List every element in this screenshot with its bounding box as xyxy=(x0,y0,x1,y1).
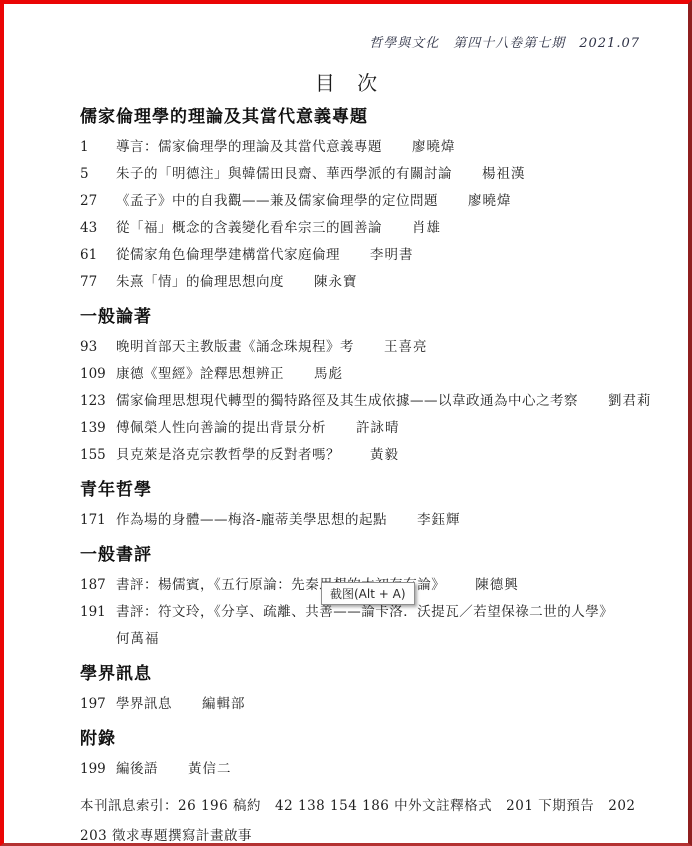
page-number: 155 xyxy=(80,442,116,469)
entry-author: 廖曉煒 xyxy=(412,134,456,161)
entry-title: 朱子的「明德注」與韓儒田艮齋、華西學派的有關討論 xyxy=(116,161,452,188)
section-heading-appendix: 附錄 xyxy=(80,728,654,750)
toc-content: 儒家倫理學的理論及其當代意義專題 1 導言：儒家倫理學的理論及其當代意義專題 廖… xyxy=(80,106,654,846)
page-number: 123 xyxy=(80,388,116,415)
toc-entry: 1 導言：儒家倫理學的理論及其當代意義專題 廖曉煒 xyxy=(80,134,654,161)
page-number: 171 xyxy=(80,507,116,534)
entry-author: 陳永寶 xyxy=(314,269,358,296)
toc-entry: 139 傅佩榮人性向善論的提出背景分析 許詠晴 xyxy=(80,415,654,442)
entry-author: 許詠晴 xyxy=(356,415,400,442)
entry-title: 儒家倫理思想現代轉型的獨特路徑及其生成依據——以韋政通為中心之考察 xyxy=(116,388,578,415)
toc-entry: 77 朱熹「情」的倫理思想向度 陳永寶 xyxy=(80,269,654,296)
page-number: 187 xyxy=(80,572,116,599)
entry-title: 傅佩榮人性向善論的提出背景分析 xyxy=(116,415,326,442)
toc-entry: 61 從儒家角色倫理學建構當代家庭倫理 李明書 xyxy=(80,242,654,269)
toc-entry: 43 從「福」概念的含義變化看牟宗三的圓善論 肖雄 xyxy=(80,215,654,242)
toc-entry: 199 編後語 黃信二 xyxy=(80,756,654,783)
journal-info-index-note: 本刊訊息索引：26 196 稿約 42 138 154 186 中外文註釋格式 … xyxy=(80,791,654,846)
entry-author: 編輯部 xyxy=(202,691,246,718)
entry-author: 廖曉煒 xyxy=(468,188,512,215)
toc-entry: 109 康德《聖經》詮釋思想辨正 馬彪 xyxy=(80,361,654,388)
page-number: 109 xyxy=(80,361,116,388)
toc-entry: 171 作為場的身體——梅洛-龐蒂美學思想的起點 李鈺輝 xyxy=(80,507,654,534)
entry-title: 編後語 xyxy=(116,756,158,783)
section-heading-young-philosophy: 青年哲學 xyxy=(80,479,654,501)
page-number: 197 xyxy=(80,691,116,718)
section-heading-book-reviews: 一般書評 xyxy=(80,544,654,566)
entry-title: 從儒家角色倫理學建構當代家庭倫理 xyxy=(116,242,340,269)
entry-author: 陳德興 xyxy=(475,572,519,599)
entry-title: 晚明首部天主教版畫《誦念珠規程》考 xyxy=(116,334,354,361)
tooltip-label: 截图(Alt + A) xyxy=(330,587,406,601)
section-heading-academic-news: 學界訊息 xyxy=(80,663,654,685)
entry-title: 從「福」概念的含義變化看牟宗三的圓善論 xyxy=(116,215,382,242)
entry-author: 劉君莉 xyxy=(608,388,652,415)
toc-entry: 197 學界訊息 編輯部 xyxy=(80,691,654,718)
toc-entry: 5 朱子的「明德注」與韓儒田艮齋、華西學派的有關討論 楊祖漢 xyxy=(80,161,654,188)
section-heading-general-articles: 一般論著 xyxy=(80,306,654,328)
page-number: 77 xyxy=(80,269,116,296)
entry-author-continuation: 何萬福 xyxy=(116,626,654,653)
page-number: 199 xyxy=(80,756,116,783)
entry-author: 王喜亮 xyxy=(384,334,428,361)
toc-entry: 123 儒家倫理思想現代轉型的獨特路徑及其生成依據——以韋政通為中心之考察 劉君… xyxy=(80,388,654,415)
entry-title: 朱熹「情」的倫理思想向度 xyxy=(116,269,284,296)
page-number: 1 xyxy=(80,134,116,161)
page-number: 139 xyxy=(80,415,116,442)
entry-author: 馬彪 xyxy=(314,361,343,388)
page-number: 43 xyxy=(80,215,116,242)
entry-title: 作為場的身體——梅洛-龐蒂美學思想的起點 xyxy=(116,507,387,534)
page-number: 191 xyxy=(80,599,116,626)
entry-author: 肖雄 xyxy=(412,215,441,242)
entry-author: 黃毅 xyxy=(370,442,399,469)
page-number: 27 xyxy=(80,188,116,215)
page-number: 61 xyxy=(80,242,116,269)
entry-title: 康德《聖經》詮釋思想辨正 xyxy=(116,361,284,388)
entry-title: 《孟子》中的自我觀——兼及儒家倫理學的定位問題 xyxy=(116,188,438,215)
journal-issue-header: 哲學與文化 第四十八卷第七期 2021.07 xyxy=(4,32,640,51)
toc-entry: 27 《孟子》中的自我觀——兼及儒家倫理學的定位問題 廖曉煒 xyxy=(80,188,654,215)
entry-author: 李明書 xyxy=(370,242,414,269)
screenshot-hotkey-tooltip: 截图(Alt + A) xyxy=(321,582,415,605)
entry-title: 導言：儒家倫理學的理論及其當代意義專題 xyxy=(116,134,382,161)
section-heading-special-topic: 儒家倫理學的理論及其當代意義專題 xyxy=(80,106,654,128)
toc-entry: 155 貝克萊是洛克宗教哲學的反對者嗎？ 黃毅 xyxy=(80,442,654,469)
entry-author: 李鈺輝 xyxy=(417,507,461,534)
journal-toc-page: { "header": { "text": "哲學與文化 第四十八卷第七期 20… xyxy=(0,0,692,846)
toc-entry: 93 晚明首部天主教版畫《誦念珠規程》考 王喜亮 xyxy=(80,334,654,361)
entry-author: 黃信二 xyxy=(188,756,232,783)
entry-author: 楊祖漢 xyxy=(482,161,526,188)
page-number: 93 xyxy=(80,334,116,361)
entry-title: 學界訊息 xyxy=(116,691,172,718)
page-title: 目 次 xyxy=(4,67,688,96)
entry-title: 貝克萊是洛克宗教哲學的反對者嗎？ xyxy=(116,442,340,469)
page-number: 5 xyxy=(80,161,116,188)
